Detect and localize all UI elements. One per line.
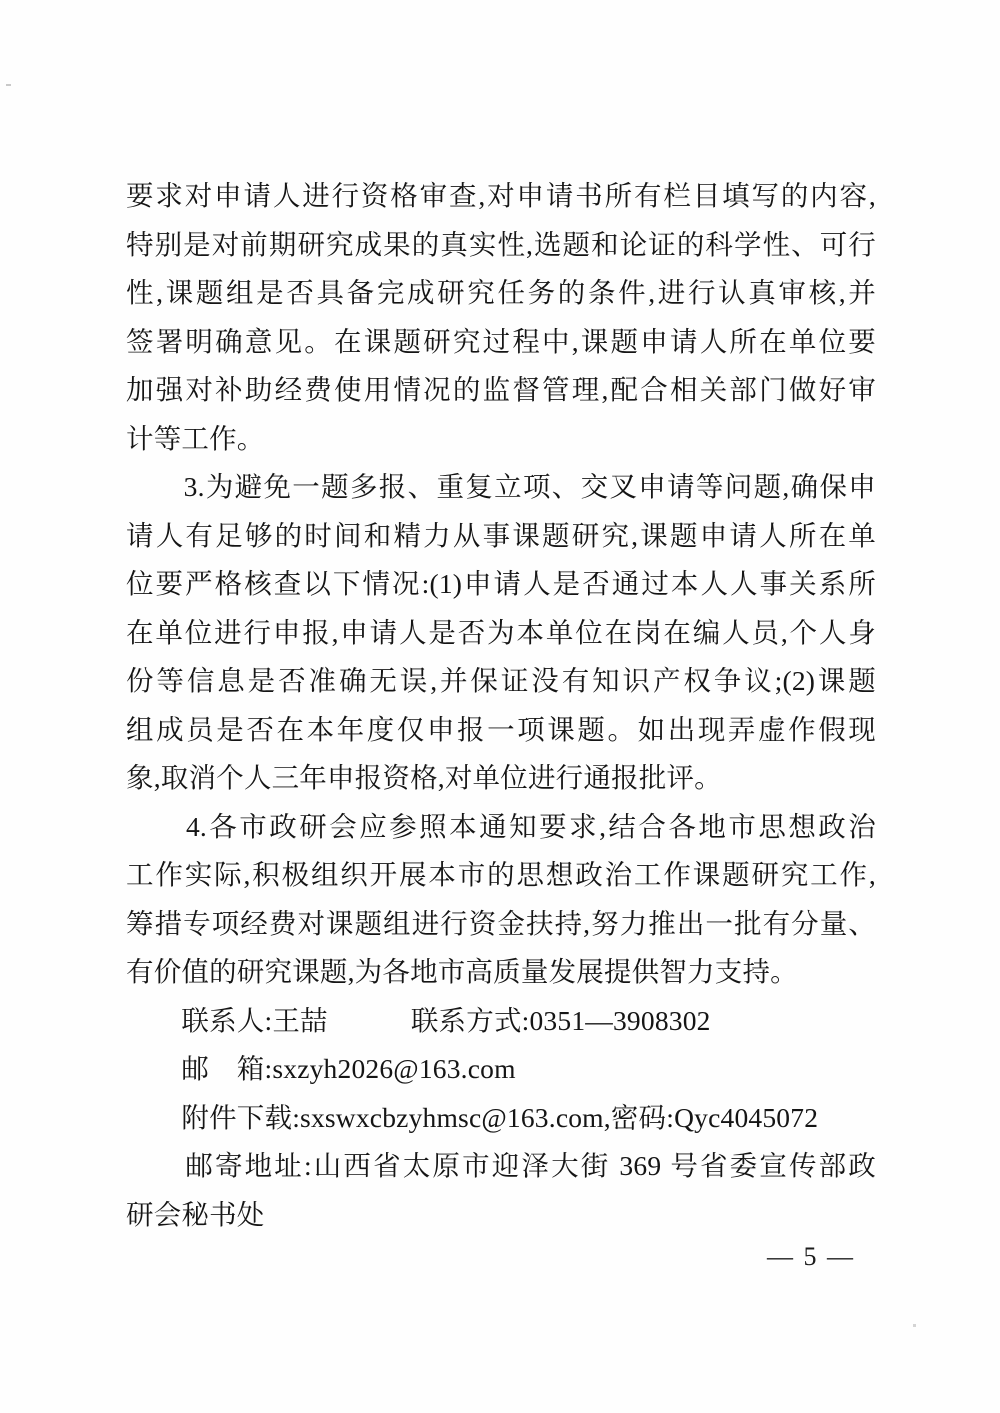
text-line: 研会秘书处 bbox=[126, 1191, 876, 1240]
text-line: 签署明确意见。在课题研究过程中,课题申请人所在单位要 bbox=[126, 318, 876, 367]
scan-artifact bbox=[6, 84, 11, 86]
text-line: 份等信息是否准确无误,并保证没有知识产权争议;(2)课题 bbox=[126, 657, 876, 706]
text-line: 在单位进行申报,申请人是否为本单位在岗在编人员,个人身 bbox=[126, 609, 876, 658]
text-line: 有价值的研究课题,为各地市高质量发展提供智力支持。 bbox=[126, 948, 876, 997]
text-line: 要求对申请人进行资格审查,对申请书所有栏目填写的内容, bbox=[126, 172, 876, 221]
text-line: 联系人:王喆 联系方式:0351—3908302 bbox=[126, 997, 876, 1046]
text-line: 象,取消个人三年申报资格,对单位进行通报批评。 bbox=[126, 754, 876, 803]
paragraph: 附件下载:sxswxcbzyhmsc@163.com,密码:Qyc4045072 bbox=[126, 1094, 876, 1143]
text-line: 性,课题组是否具备完成研究任务的条件,进行认真审核,并 bbox=[126, 269, 876, 318]
text-line: 附件下载:sxswxcbzyhmsc@163.com,密码:Qyc4045072 bbox=[126, 1094, 876, 1143]
text-line: 计等工作。 bbox=[126, 415, 876, 464]
paragraph: 邮 箱:sxzyh2026@163.com bbox=[126, 1045, 876, 1094]
text-line: 组成员是否在本年度仅申报一项课题。如出现弄虚作假现 bbox=[126, 706, 876, 755]
text-line: 3.为避免一题多报、重复立项、交叉申请等问题,确保申 bbox=[126, 463, 876, 512]
page-number: — 5 — bbox=[767, 1242, 855, 1272]
paragraph: 邮寄地址:山西省太原市迎泽大街 369 号省委宣传部政研会秘书处 bbox=[126, 1142, 876, 1239]
scan-artifact bbox=[913, 1324, 916, 1327]
text-line: 工作实际,积极组织开展本市的思想政治工作课题研究工作, bbox=[126, 851, 876, 900]
paragraph: 联系人:王喆 联系方式:0351—3908302 bbox=[126, 997, 876, 1046]
text-line: 特别是对前期研究成果的真实性,选题和论证的科学性、可行 bbox=[126, 221, 876, 270]
text-line: 请人有足够的时间和精力从事课题研究,课题申请人所在单 bbox=[126, 512, 876, 561]
paragraph: 3.为避免一题多报、重复立项、交叉申请等问题,确保申请人有足够的时间和精力从事课… bbox=[126, 463, 876, 803]
paragraph: 要求对申请人进行资格审查,对申请书所有栏目填写的内容,特别是对前期研究成果的真实… bbox=[126, 172, 876, 463]
text-line: 邮寄地址:山西省太原市迎泽大街 369 号省委宣传部政 bbox=[126, 1142, 876, 1191]
document-body: 要求对申请人进行资格审查,对申请书所有栏目填写的内容,特别是对前期研究成果的真实… bbox=[126, 172, 876, 1239]
text-line: 筹措专项经费对课题组进行资金扶持,努力推出一批有分量、 bbox=[126, 900, 876, 949]
text-line: 加强对补助经费使用情况的监督管理,配合相关部门做好审 bbox=[126, 366, 876, 415]
text-line: 位要严格核查以下情况:(1)申请人是否通过本人人事关系所 bbox=[126, 560, 876, 609]
text-line: 4.各市政研会应参照本通知要求,结合各地市思想政治 bbox=[126, 803, 876, 852]
document-page: 要求对申请人进行资格审查,对申请书所有栏目填写的内容,特别是对前期研究成果的真实… bbox=[0, 0, 1000, 1413]
text-line: 邮 箱:sxzyh2026@163.com bbox=[126, 1045, 876, 1094]
paragraph: 4.各市政研会应参照本通知要求,结合各地市思想政治工作实际,积极组织开展本市的思… bbox=[126, 803, 876, 997]
